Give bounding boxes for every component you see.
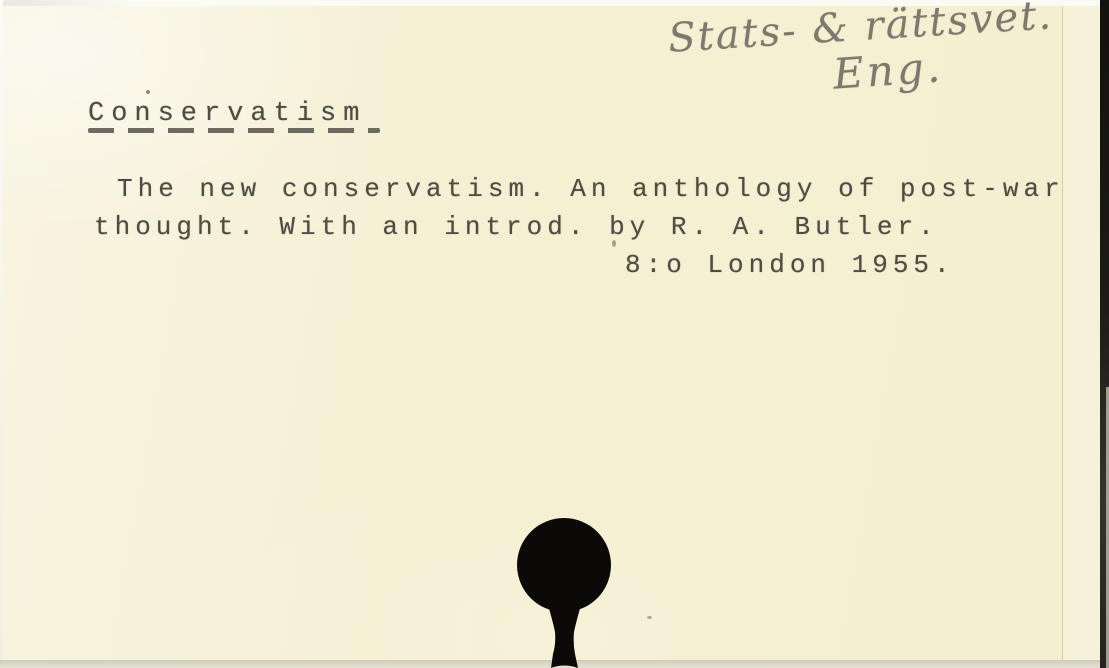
punch-hole-icon	[498, 508, 632, 668]
catalog-entry-imprint: 8:o London 1955.	[625, 250, 955, 280]
card-heading: Conservatism	[88, 99, 366, 129]
heading-dashed-underline	[88, 128, 380, 133]
ink-speck	[146, 90, 150, 94]
ink-speck	[612, 240, 616, 247]
ink-speck	[647, 616, 652, 619]
handwritten-language-note: Eng.	[831, 42, 944, 99]
catalog-entry-line-2: thought. With an introd. by R. A. Butler…	[94, 212, 939, 242]
catalog-card-scan: Stats- & rättsvet. Eng. Conservatism The…	[0, 0, 1109, 668]
card-crease-line	[1062, 0, 1063, 668]
catalog-entry-line-1: The new conservatism. An anthology of po…	[117, 174, 1065, 204]
card-crease-highlight	[1063, 0, 1100, 668]
scan-edge-left	[0, 0, 3, 668]
